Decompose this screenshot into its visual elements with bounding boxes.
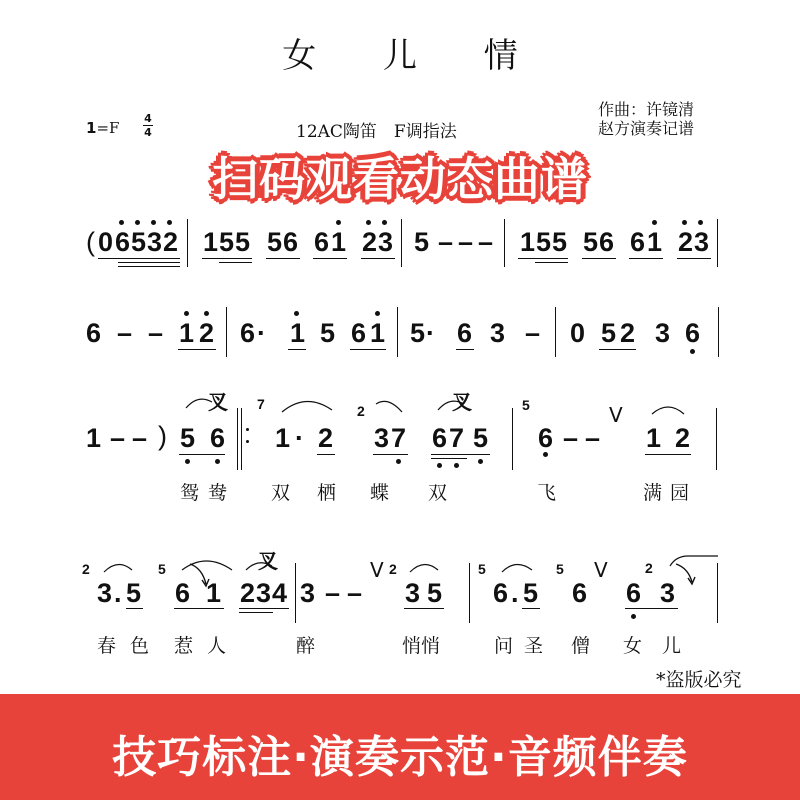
dot-duration: ·: [295, 425, 304, 452]
grace-note: 2: [82, 562, 90, 576]
dash: –: [563, 425, 578, 452]
grace-note: 5: [556, 562, 564, 576]
lyric: 春: [97, 631, 116, 658]
note: 2: [362, 229, 377, 256]
lyric: 问: [494, 631, 513, 658]
grace-note: 2: [357, 404, 365, 418]
note: 6: [175, 580, 190, 607]
note: 6: [432, 425, 447, 452]
dot-duration: .: [511, 580, 519, 607]
note: 6: [210, 425, 225, 452]
lyric: 圣: [524, 631, 543, 658]
note: 1: [520, 229, 535, 256]
breath-mark: V: [594, 558, 608, 582]
barline: [717, 219, 718, 267]
note: 5: [180, 425, 195, 452]
instrument-label: 12AC陶笛 F调指法: [296, 117, 457, 142]
transcriber: 赵方演奏记谱: [598, 119, 694, 138]
note: 1: [206, 580, 221, 607]
note: 2: [240, 580, 255, 607]
note: 4: [272, 580, 287, 607]
note: 5: [131, 229, 146, 256]
note: 2: [678, 229, 693, 256]
lyric: 满: [643, 478, 662, 505]
note: 6: [493, 580, 508, 607]
note: 2: [199, 320, 214, 347]
note: 3: [694, 229, 709, 256]
note: 2: [318, 425, 333, 452]
dash: –: [585, 425, 600, 452]
note: 6: [599, 229, 614, 256]
lyric: 僧: [571, 631, 590, 658]
slur-arc: [408, 556, 448, 576]
copyright-notice: *盗版必究: [656, 665, 742, 692]
note: 5: [235, 229, 250, 256]
note: 6: [685, 320, 700, 347]
promo-banner: 技巧标注·演奏示范·音频伴奏: [0, 694, 800, 800]
repeat-barline: [237, 408, 238, 470]
barline: [512, 408, 513, 470]
lyric: 鸯: [208, 478, 227, 505]
note: 5: [601, 320, 616, 347]
paren: ): [158, 423, 167, 450]
note: 1: [331, 229, 346, 256]
key-signature: 1=F: [86, 119, 119, 137]
credits: 作曲：许镜清 赵方演奏记谱: [598, 100, 694, 138]
grace-note: 5: [522, 398, 530, 412]
grace-note: 2: [645, 561, 653, 575]
note: 5: [523, 580, 538, 607]
note: 3: [300, 580, 315, 607]
note: 5: [536, 229, 551, 256]
note: 1: [646, 425, 661, 452]
note: 6: [351, 320, 366, 347]
note: 1: [370, 320, 385, 347]
note: 7: [449, 425, 464, 452]
note: 5: [320, 320, 335, 347]
lyric: 飞: [537, 478, 556, 505]
note: 1: [275, 425, 290, 452]
lyric: 栖: [317, 478, 336, 505]
slur-arc: [102, 556, 142, 576]
dash: –: [438, 229, 453, 256]
note: 0: [98, 229, 113, 256]
note: 2: [163, 229, 178, 256]
dash: –: [525, 320, 540, 347]
barline: [226, 307, 227, 357]
note: 6: [314, 229, 329, 256]
barline: [397, 307, 398, 357]
grace-note: 2: [389, 562, 397, 576]
barline: [187, 219, 188, 267]
dash: –: [132, 425, 147, 452]
note: 3: [97, 580, 112, 607]
note: 6: [283, 229, 298, 256]
grace-note: 5: [158, 562, 166, 576]
note: 3: [256, 580, 271, 607]
note: 5: [267, 229, 282, 256]
time-signature: 4 4: [143, 113, 153, 138]
note: 5: [414, 229, 429, 256]
note: 6: [630, 229, 645, 256]
breath-mark: V: [370, 558, 384, 582]
time-numerator: 4: [143, 113, 153, 124]
lyric: 鸳: [180, 478, 199, 505]
note: 5: [473, 425, 488, 452]
octave-dot: [151, 220, 156, 225]
promo-overlay-text: 扫码观看动态曲谱: [0, 143, 800, 209]
octave-dot: [119, 220, 124, 225]
technique-mark: 叉: [208, 386, 228, 415]
barline: [401, 219, 402, 267]
note: 5: [583, 229, 598, 256]
grace-note: 7: [257, 397, 265, 411]
key-label: =F: [96, 119, 119, 137]
lyric: 蝶: [370, 478, 389, 505]
note: 1: [86, 425, 101, 452]
note: 1: [179, 320, 194, 347]
dash: –: [117, 320, 132, 347]
note: 6: [457, 320, 472, 347]
lyric: 人: [207, 631, 226, 658]
note: 0: [570, 320, 585, 347]
barline: [716, 408, 717, 470]
note: 1: [647, 229, 662, 256]
slur-arc: [500, 556, 540, 576]
note: 3: [405, 580, 420, 607]
barline: [295, 563, 296, 623]
dash: –: [148, 320, 163, 347]
lyric: 女: [623, 631, 642, 658]
note: 3: [490, 320, 505, 347]
note: 3: [378, 229, 393, 256]
barline: [718, 307, 719, 357]
composer: 作曲：许镜清: [598, 100, 694, 119]
dash: –: [325, 580, 340, 607]
note: 1: [290, 320, 305, 347]
barline: [504, 219, 505, 267]
dash: –: [347, 580, 362, 607]
note: 5: [410, 320, 425, 347]
note: 6: [572, 580, 587, 607]
dash: –: [110, 425, 125, 452]
key-tonic: 1: [86, 119, 96, 137]
barline: [717, 563, 718, 623]
note: 5: [126, 580, 141, 607]
note: 3: [374, 425, 389, 452]
note: 5: [427, 580, 442, 607]
octave-dot: [167, 220, 172, 225]
technique-mark: 叉: [452, 386, 472, 415]
dot-duration: ·: [426, 320, 435, 347]
note: 6: [626, 580, 641, 607]
dash: –: [458, 229, 473, 256]
lyric: 醉: [296, 631, 315, 658]
lyric: 双: [428, 478, 447, 505]
note: 6: [86, 320, 101, 347]
grace-note: 5: [478, 562, 486, 576]
note: 6: [240, 320, 255, 347]
note: (: [86, 229, 95, 256]
note: 5: [219, 229, 234, 256]
note: 3: [147, 229, 162, 256]
slur-arc: [374, 398, 414, 426]
slur-arc: [650, 398, 690, 418]
lyric: 园: [670, 478, 689, 505]
banner-text: 技巧标注·演奏示范·音频伴奏: [0, 721, 800, 785]
time-denominator: 4: [143, 127, 153, 138]
dash: –: [478, 229, 493, 256]
barline: [469, 563, 470, 623]
note: 2: [675, 425, 690, 452]
dot-duration: ·: [257, 320, 266, 347]
note: 5: [552, 229, 567, 256]
lyric: 色: [130, 631, 149, 658]
dot-duration: .: [114, 580, 122, 607]
lyric: 儿: [662, 631, 681, 658]
note: 1: [203, 229, 218, 256]
lyric: 双: [271, 478, 290, 505]
song-title: 女 儿 情: [0, 28, 800, 77]
note: 2: [620, 320, 635, 347]
technique-mark: 叉: [258, 545, 278, 574]
lyric: 惹: [174, 631, 193, 658]
barline: [555, 307, 556, 357]
lyric: 悄悄: [402, 631, 440, 658]
slur-arc: [668, 554, 722, 594]
breath-mark: V: [609, 403, 623, 427]
note: 7: [391, 425, 406, 452]
slur-arc: [280, 396, 340, 416]
note: 3: [655, 320, 670, 347]
octave-dot: [135, 220, 140, 225]
note: 6: [538, 425, 553, 452]
note: 6: [115, 229, 130, 256]
